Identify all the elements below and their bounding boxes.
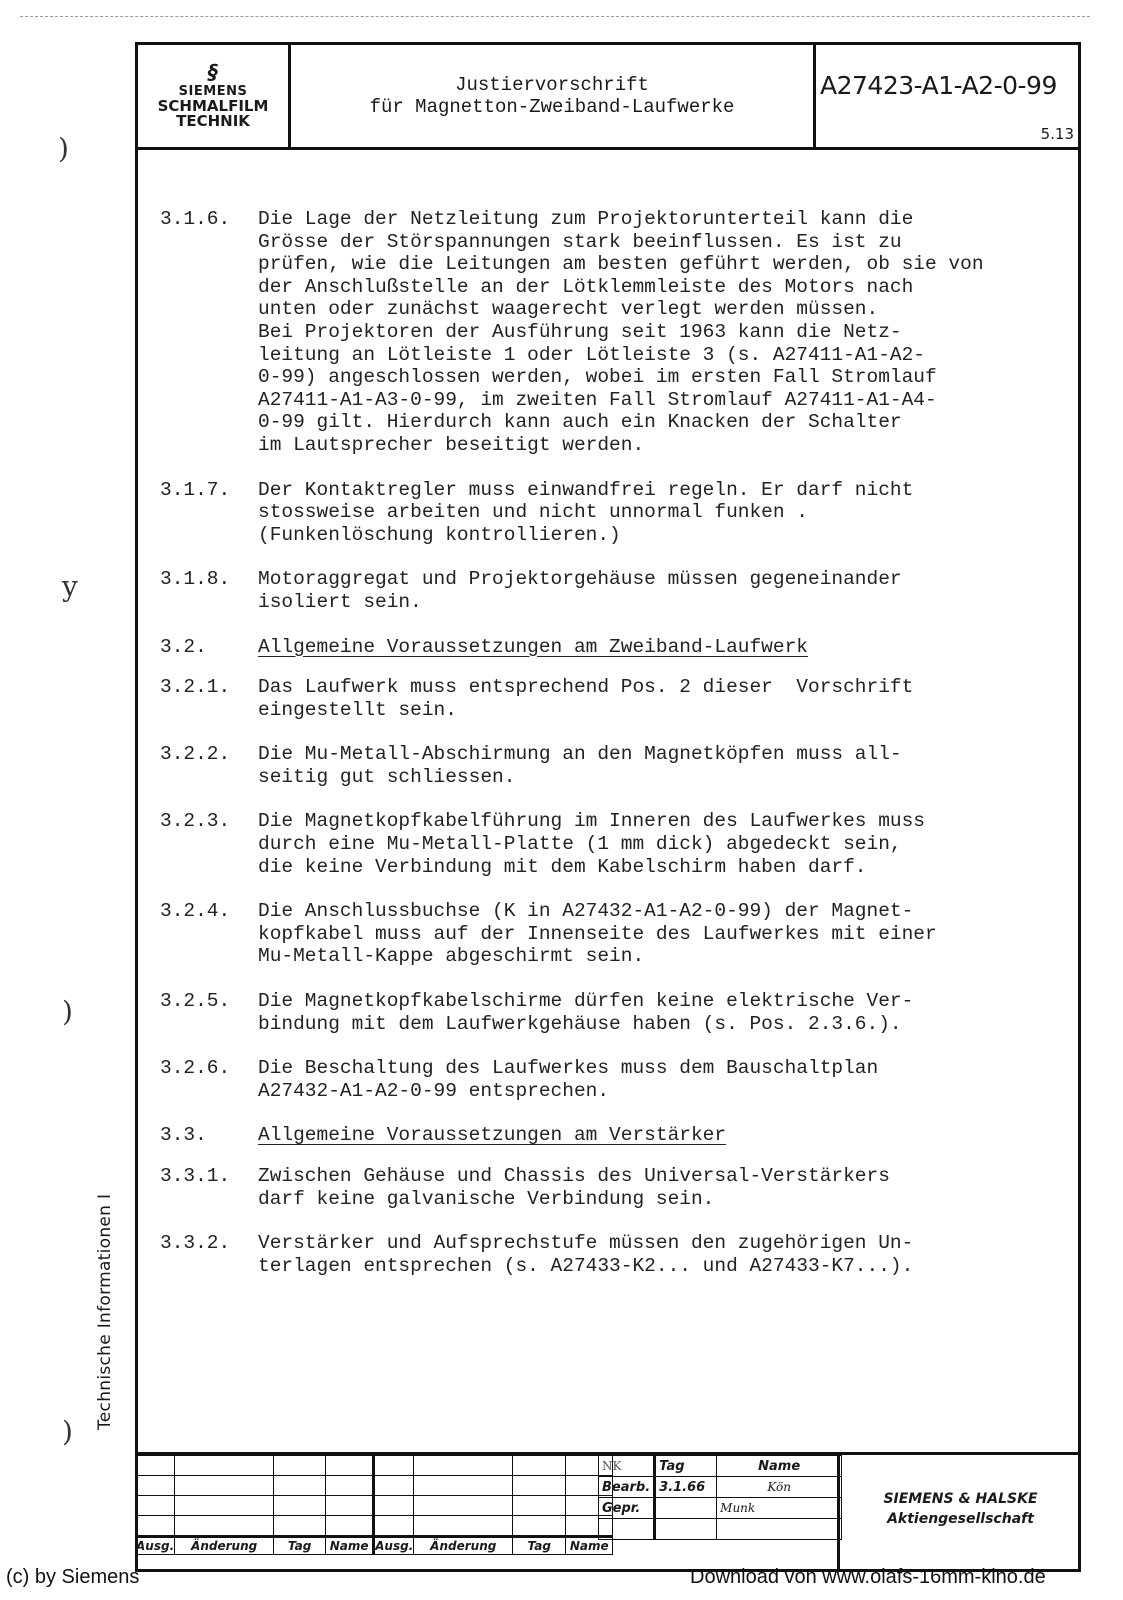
paragraph-number: 3.2.4. xyxy=(160,900,258,968)
title-line-2: für Magnetton-Zweiband-Laufwerke xyxy=(370,96,735,118)
company-name: SIEMENS & HALSKE Aktiengesellschaft xyxy=(837,1455,1081,1572)
paragraph-text: Die Anschlussbuchse (K in A27432-A1-A2-0… xyxy=(258,900,937,968)
paragraph-3-1-7: 3.1.7. Der Kontaktregler muss einwandfre… xyxy=(160,479,1070,547)
paragraph-text: Motoraggregat und Projektorgehäuse müsse… xyxy=(258,568,902,613)
revision-header-date: Tag xyxy=(274,1537,326,1555)
checked-signature: Munk xyxy=(717,1498,842,1519)
prepared-signature: Kön xyxy=(717,1477,842,1498)
paragraph-number: 3.1.8. xyxy=(160,568,258,613)
section-heading-3-3: 3.3. Allgemeine Voraussetzungen am Verst… xyxy=(160,1124,1070,1147)
paragraph-3-2-3: 3.2.3. Die Magnetkopfkabelführung im Inn… xyxy=(160,810,1070,878)
paragraph-3-2-2: 3.2.2. Die Mu-Metall-Abschirmung an den … xyxy=(160,743,1070,788)
checked-by-label: Gepr. xyxy=(599,1498,655,1519)
revision-header-change: Änderung xyxy=(414,1537,513,1555)
document-title: Justiervorschrift für Magnetton-Zweiband… xyxy=(291,45,816,147)
paragraph-number: 3.2.1. xyxy=(160,676,258,721)
document-body: 3.1.6. Die Lage der Netzleitung zum Proj… xyxy=(160,208,1070,1299)
company-line-2: Aktiengesellschaft xyxy=(887,1509,1034,1529)
nk-label: NK xyxy=(599,1456,655,1477)
section-title: Allgemeine Voraussetzungen am Verstärker xyxy=(258,1124,726,1147)
approval-table: NK Tag Name Bearb. 3.1.66 Kön Gepr. Munk xyxy=(598,1455,842,1540)
page-number: 5.13 xyxy=(1041,125,1074,143)
section-title: Allgemeine Voraussetzungen am Zweiband-L… xyxy=(258,636,808,659)
document-number: A27423-A1-A2-0-99 xyxy=(820,71,1057,100)
title-block: Ausg. Änderung Tag Name Ausg. Änderung T… xyxy=(135,1452,1081,1575)
prepared-date: 3.1.66 xyxy=(655,1477,717,1498)
paragraph-text: Zwischen Gehäuse und Chassis des Univers… xyxy=(258,1165,890,1210)
siemens-emblem-icon: § xyxy=(208,62,218,83)
punch-mark: y xyxy=(62,570,78,603)
logo-line-3: TECHNIK xyxy=(176,114,250,130)
paragraph-3-1-8: 3.1.8. Motoraggregat und Projektorgehäus… xyxy=(160,568,1070,613)
paragraph-number: 3.2.5. xyxy=(160,990,258,1035)
paragraph-3-2-1: 3.2.1. Das Laufwerk muss entsprechend Po… xyxy=(160,676,1070,721)
paragraph-number: 3.2.6. xyxy=(160,1057,258,1102)
punch-mark: ) xyxy=(62,995,73,1028)
document-number-cell: A27423-A1-A2-0-99 5.13 xyxy=(816,45,1078,147)
date-column-header: Tag xyxy=(655,1456,717,1477)
revision-header-issue: Ausg. xyxy=(374,1537,414,1555)
revision-header-date: Tag xyxy=(513,1537,566,1555)
paragraph-3-2-4: 3.2.4. Die Anschlussbuchse (K in A27432-… xyxy=(160,900,1070,968)
paragraph-text: Die Magnetkopfkabelführung im Inneren de… xyxy=(258,810,925,878)
siemens-logo: § SIEMENS SCHMALFILM TECHNIK xyxy=(138,45,291,147)
company-line-1: SIEMENS & HALSKE xyxy=(883,1489,1037,1509)
title-line-1: Justiervorschrift xyxy=(455,74,649,96)
copyright-watermark: (c) by Siemens xyxy=(6,1566,139,1589)
section-heading-3-2: 3.2. Allgemeine Voraussetzungen am Zweib… xyxy=(160,636,1070,659)
paragraph-3-3-1: 3.3.1. Zwischen Gehäuse und Chassis des … xyxy=(160,1165,1070,1210)
paragraph-3-3-2: 3.3.2. Verstärker und Aufsprechstufe müs… xyxy=(160,1232,1070,1277)
punch-mark: ) xyxy=(58,132,69,165)
prepared-by-label: Bearb. xyxy=(599,1477,655,1498)
name-column-header: Name xyxy=(717,1456,842,1477)
paragraph-text: Die Magnetkopfkabelschirme dürfen keine … xyxy=(258,990,913,1035)
paragraph-text: Verstärker und Aufsprechstufe müssen den… xyxy=(258,1232,913,1277)
revision-header-issue: Ausg. xyxy=(136,1537,175,1555)
sidebar-category-label: Technische Informationen I xyxy=(95,1194,115,1430)
paragraph-number: 3.1.7. xyxy=(160,479,258,547)
download-watermark: Download von www.olafs-16mm-kino.de xyxy=(690,1566,1046,1589)
revision-header-change: Änderung xyxy=(175,1537,274,1555)
document-header: § SIEMENS SCHMALFILM TECHNIK Justiervors… xyxy=(135,42,1081,150)
paragraph-number: 3.1.6. xyxy=(160,208,258,457)
paragraph-text: Die Mu-Metall-Abschirmung an den Magnetk… xyxy=(258,743,902,788)
paragraph-text: Die Beschaltung des Laufwerkes muss dem … xyxy=(258,1057,878,1102)
paragraph-number: 3.3.2. xyxy=(160,1232,258,1277)
paragraph-text: Die Lage der Netzleitung zum Projektorun… xyxy=(258,208,984,457)
revision-table: Ausg. Änderung Tag Name Ausg. Änderung T… xyxy=(135,1455,613,1555)
paragraph-3-2-5: 3.2.5. Die Magnetkopfkabelschirme dürfen… xyxy=(160,990,1070,1035)
section-number: 3.3. xyxy=(160,1124,258,1147)
paragraph-number: 3.2.3. xyxy=(160,810,258,878)
paragraph-text: Das Laufwerk muss entsprechend Pos. 2 di… xyxy=(258,676,913,721)
paragraph-number: 3.3.1. xyxy=(160,1165,258,1210)
scan-edge-line xyxy=(20,16,1090,18)
paragraph-3-2-6: 3.2.6. Die Beschaltung des Laufwerkes mu… xyxy=(160,1057,1070,1102)
punch-mark: ) xyxy=(62,1415,73,1448)
section-number: 3.2. xyxy=(160,636,258,659)
paragraph-number: 3.2.2. xyxy=(160,743,258,788)
paragraph-text: Der Kontaktregler muss einwandfrei regel… xyxy=(258,479,913,547)
paragraph-3-1-6: 3.1.6. Die Lage der Netzleitung zum Proj… xyxy=(160,208,1070,457)
revision-header-name: Name xyxy=(326,1537,374,1555)
